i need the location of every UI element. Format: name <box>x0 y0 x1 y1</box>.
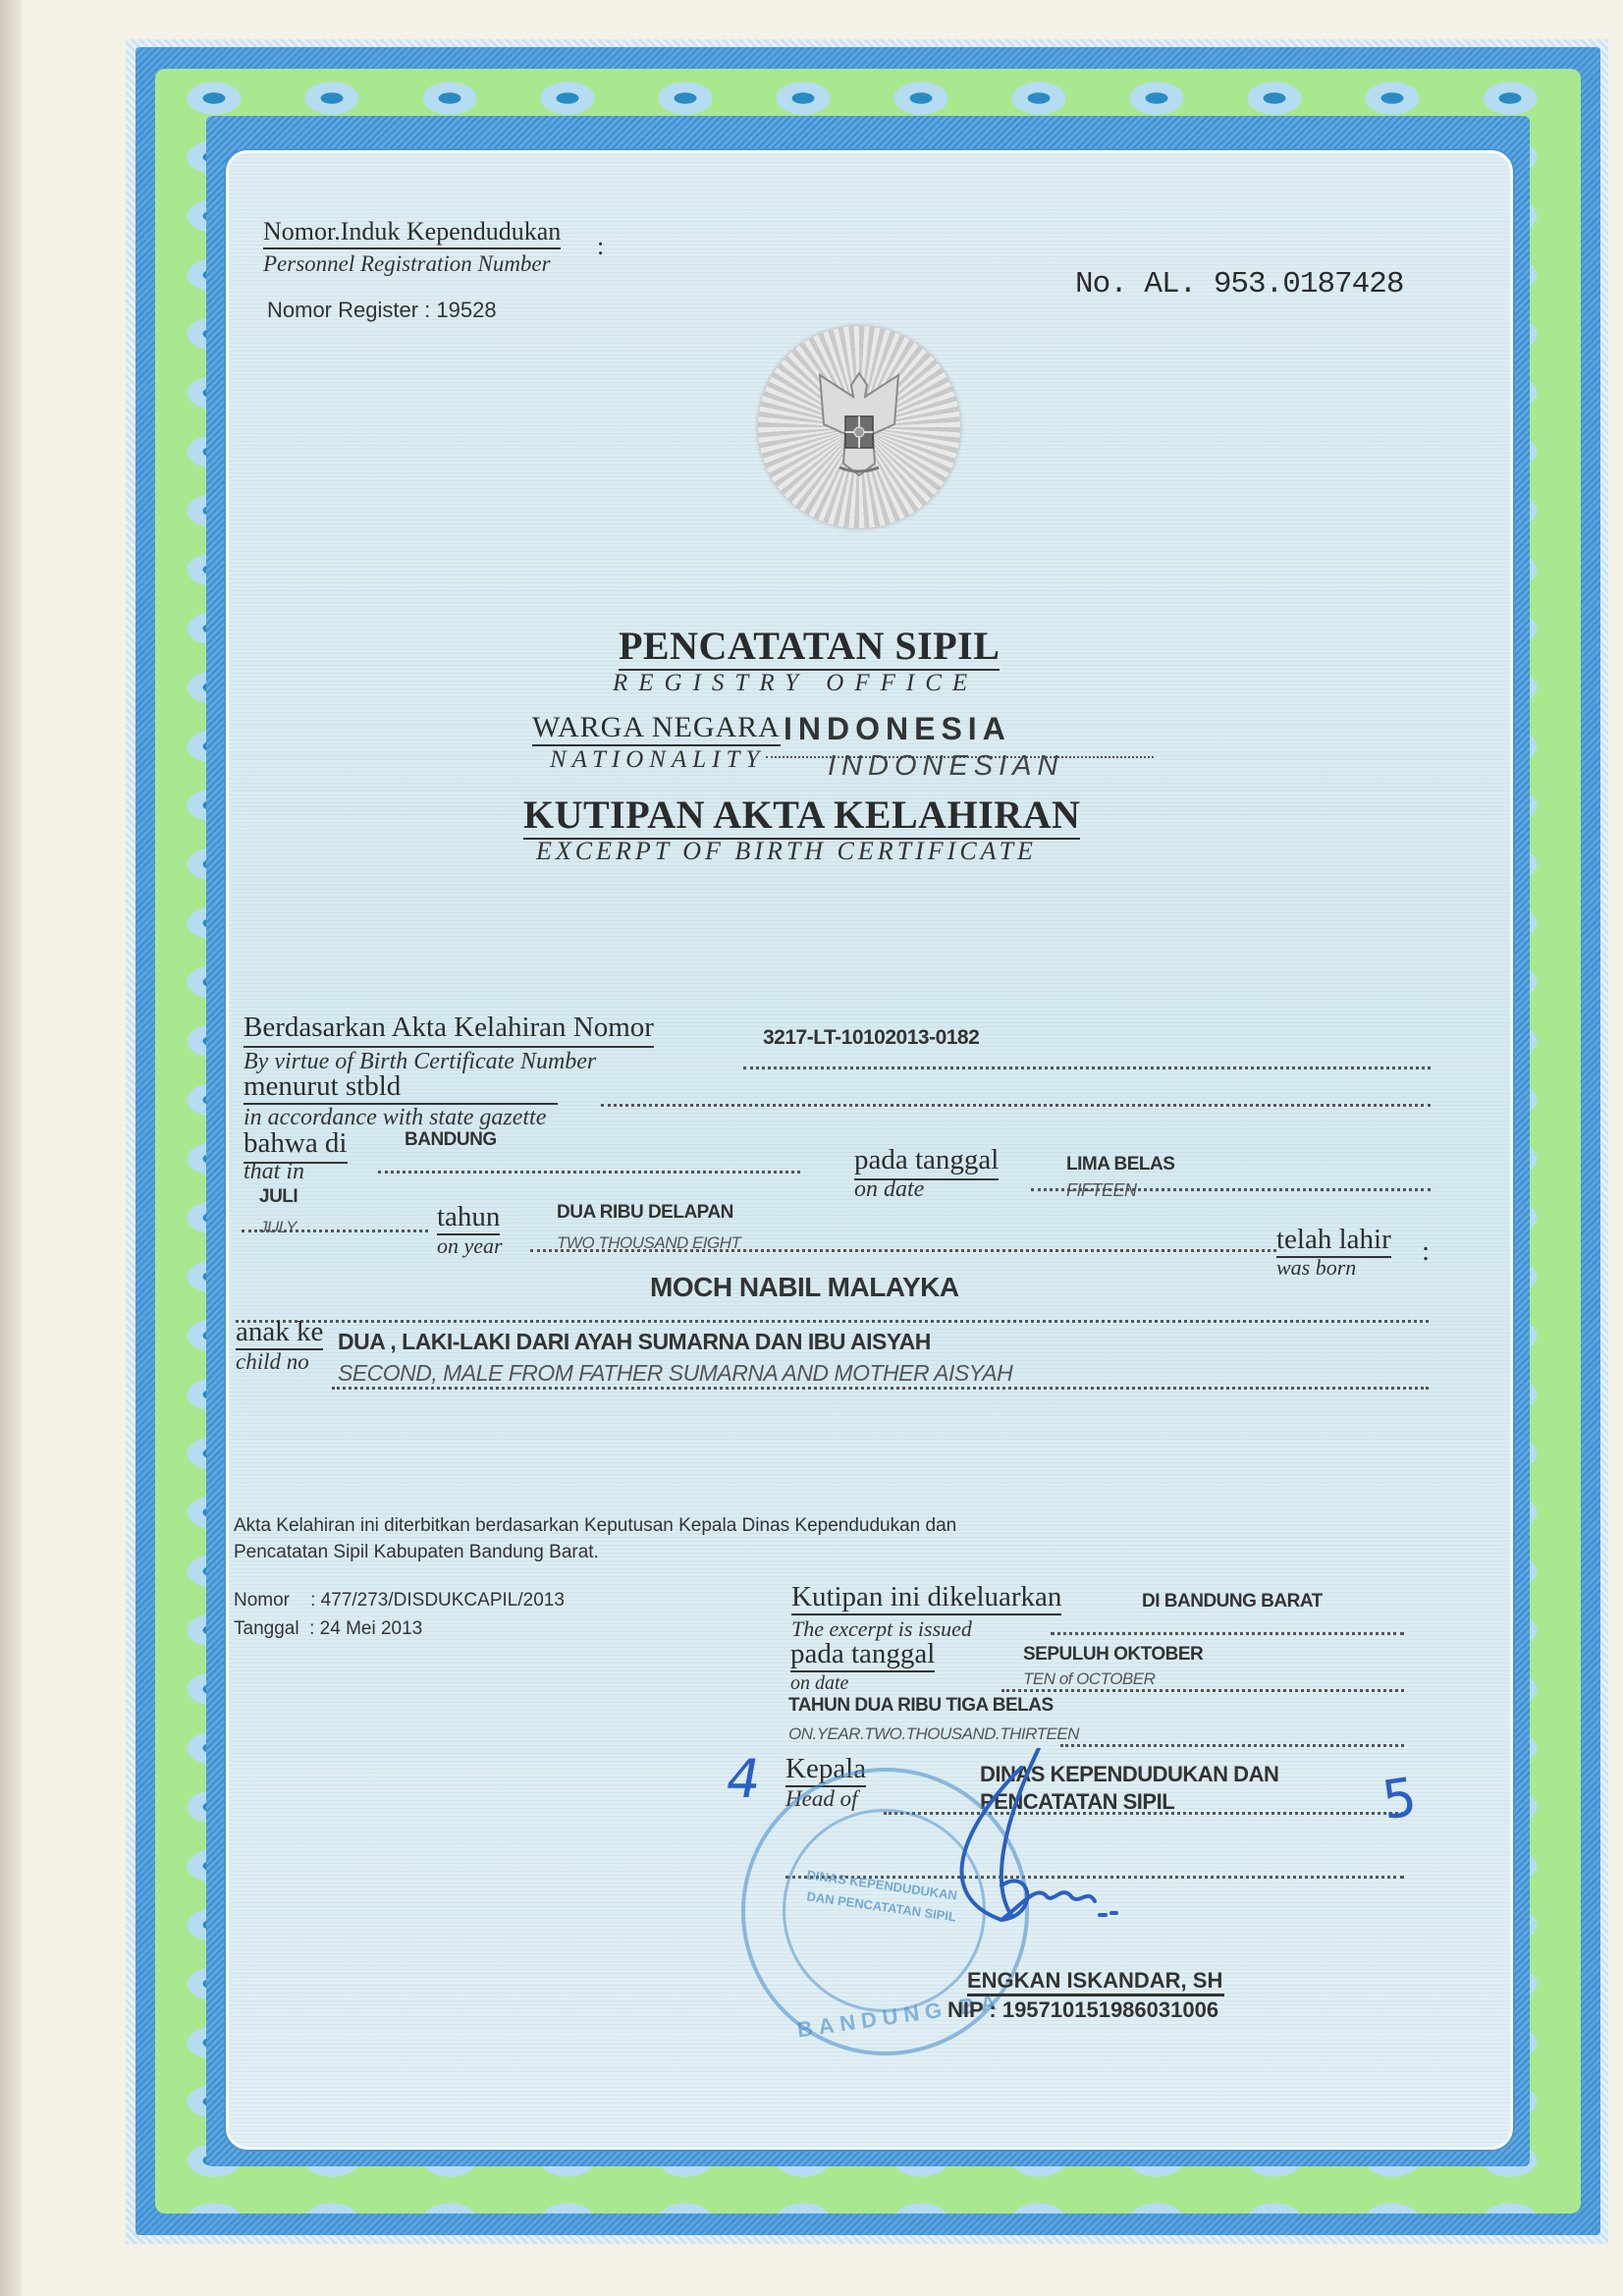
document-title-en: EXCERPT OF BIRTH CERTIFICATE <box>536 837 1037 866</box>
nationality-label: WARGA NEGARA <box>532 711 781 746</box>
born-label-en: was born <box>1276 1255 1356 1281</box>
birth-date-label: pada tanggal <box>854 1144 999 1180</box>
birth-day-value: LIMA BELAS <box>1066 1154 1174 1175</box>
birth-day-dotted-line <box>1031 1188 1431 1191</box>
child-no-label-en: child no <box>236 1349 309 1375</box>
nationality-label-en: NATIONALITY <box>550 746 765 774</box>
child-no-dotted-line <box>332 1387 1429 1390</box>
cert-number-value: 3217-LT-10102013-0182 <box>763 1026 979 1050</box>
issue-date-value-en: TEN of OCTOBER <box>1023 1669 1155 1689</box>
nik-label: Nomor.Induk Kependudukan <box>263 217 561 249</box>
issued-place-value: DI BANDUNG BARAT <box>1142 1591 1323 1613</box>
issued-label: Kutipan ini dikeluarkan <box>791 1581 1061 1615</box>
birth-date-label-en: on date <box>854 1176 924 1203</box>
nik-label-en: Personnel Registration Number <box>263 251 551 277</box>
stbld-dotted-line <box>601 1104 1431 1107</box>
birth-month-dotted-line <box>242 1230 428 1232</box>
issue-date-value: SEPULUH OKTOBER <box>1023 1644 1203 1666</box>
issue-date-label: pada tanggal <box>790 1638 935 1672</box>
birth-year-dotted-line <box>530 1249 1276 1252</box>
cert-number-label: Berdasarkan Akta Kelahiran Nomor <box>243 1011 654 1048</box>
birth-year-label-en: on year <box>437 1233 503 1259</box>
garuda-icon <box>810 365 908 483</box>
birth-year-label: tahun <box>437 1201 500 1235</box>
decree-line-1: Akta Kelahiran ini diterbitkan berdasark… <box>234 1515 956 1537</box>
scan-edge <box>0 0 22 2296</box>
place-value: BANDUNG <box>405 1129 497 1151</box>
office-title: PENCATATAN SIPIL <box>619 623 1000 671</box>
child-no-value-en: SECOND, MALE FROM FATHER SUMARNA AND MOT… <box>338 1360 1012 1387</box>
child-name-dotted-line <box>236 1320 1429 1323</box>
child-name: MOCH NABIL MALAYKA <box>650 1272 959 1303</box>
issue-date-label-en: on date <box>790 1672 848 1695</box>
issued-place-dotted-line <box>1051 1632 1404 1635</box>
issue-year-value: TAHUN DUA RIBU TIGA BELAS <box>788 1695 1054 1717</box>
issue-year-value-en: ON.YEAR.TWO.THOUSAND.THIRTEEN <box>788 1724 1079 1744</box>
decree-date: Tanggal : 24 Mei 2013 <box>234 1618 422 1640</box>
official-name: ENGKAN ISKANDAR, SH <box>967 1968 1224 1996</box>
place-label-en: that in <box>243 1159 304 1185</box>
child-no-value: DUA , LAKI-LAKI DARI AYAH SUMARNA DAN IB… <box>338 1329 931 1355</box>
nationality-value-en: INDONESIAN <box>828 750 1063 783</box>
birth-month-value-en: JULY <box>259 1218 297 1237</box>
decree-number: Nomor : 477/273/DISDUKCAPIL/2013 <box>234 1590 565 1612</box>
nationality-value: INDONESIA <box>784 711 1011 747</box>
decree-line-2: Pencatatan Sipil Kabupaten Bandung Barat… <box>234 1542 599 1563</box>
signature-icon <box>707 1748 1119 1944</box>
serial-number: No. AL. 953.0187428 <box>1075 267 1403 301</box>
birth-month-value: JULI <box>259 1186 298 1208</box>
office-title-en: REGISTRY OFFICE <box>613 670 978 697</box>
register-number: Nomor Register : 19528 <box>267 298 497 323</box>
place-dotted-line <box>378 1171 800 1174</box>
stbld-label: menurut stbld <box>243 1070 558 1105</box>
nik-colon: : <box>597 232 604 261</box>
born-label: telah lahir <box>1276 1224 1391 1258</box>
cert-number-dotted-line <box>743 1066 1431 1069</box>
born-colon: : <box>1422 1235 1430 1268</box>
garuda-emblem-icon <box>758 326 960 528</box>
issue-date-dotted-line <box>1001 1689 1404 1692</box>
birth-year-value: DUA RIBU DELAPAN <box>557 1202 733 1224</box>
official-nip: NIP : 195710151986031006 <box>947 1997 1218 2023</box>
document-title: KUTIPAN AKTA KELAHIRAN <box>523 792 1080 840</box>
child-no-label: anak ke <box>236 1316 323 1350</box>
issue-year-dotted-line <box>1060 1744 1404 1747</box>
